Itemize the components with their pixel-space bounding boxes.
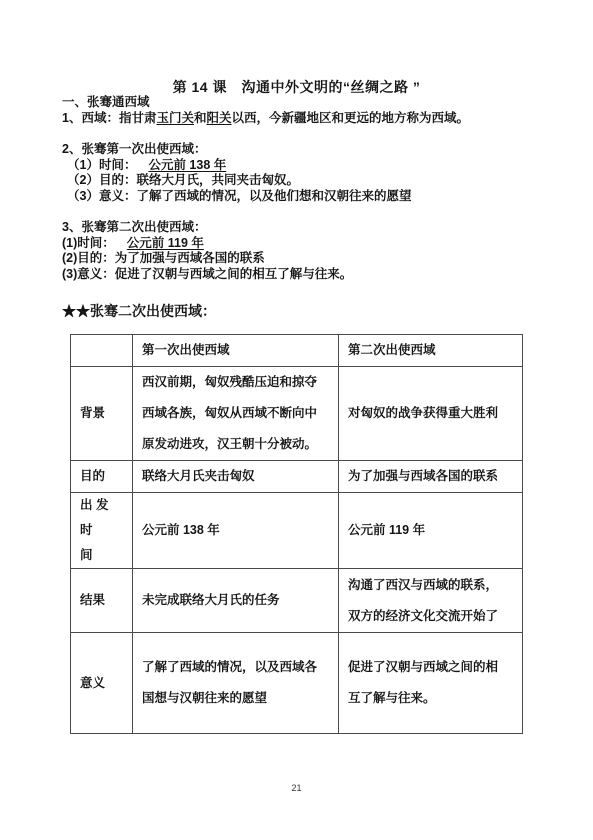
table-header-row: 第一次出使西域 第二次出使西域 <box>71 335 523 367</box>
time-label: (1)时间： <box>62 236 115 250</box>
definition-mid: 和 <box>194 111 207 125</box>
row-label-significance: 意义 <box>71 633 133 734</box>
section2-item-time: （1）时间：公元前 138 年 <box>62 158 548 174</box>
cell-significance-first: 了解了西域的情况，以及西域各 国想与汉朝往来的愿望 <box>133 633 339 734</box>
section-first-mission: 2、张骞第一次出使西域： （1）时间：公元前 138 年 （2）目的：联络大月氏… <box>62 142 548 205</box>
section-overview: 一、张骞通西域 1、西域：指甘肃玉门关和阳关以西，今新疆地区和更远的地方称为西域… <box>62 95 548 126</box>
page-title: 第 14 课 沟通中外文明的“丝绸之路 ” <box>0 77 593 97</box>
row-label-result: 结果 <box>71 569 133 633</box>
header-second-mission: 第二次出使西域 <box>339 335 523 367</box>
row-label-purpose: 目的 <box>71 461 133 493</box>
table-row-background: 背景 西汉前期，匈奴残酷压迫和掠夺 西域各族，匈奴从西域不断向中 原发动进攻，汉… <box>71 367 523 461</box>
section1-heading: 一、张骞通西域 <box>62 95 548 111</box>
time-label: （1）时间： <box>67 158 136 172</box>
table-row-departure-time: 出 发 时 间 公元前 138 年 公元前 119 年 <box>71 493 523 569</box>
term-yumen-pass: 玉门关 <box>156 111 194 125</box>
section1-definition-line: 1、西域：指甘肃玉门关和阳关以西，今新疆地区和更远的地方称为西域。 <box>62 111 548 127</box>
section3-item-purpose: (2)目的：为了加强与西域各国的联系 <box>62 251 548 267</box>
section3-heading: 3、张骞第二次出使西域： <box>62 220 548 236</box>
section2-item-significance: （3）意义：了解了西域的情况，以及他们想和汉朝往来的愿望 <box>62 189 548 205</box>
cell-purpose-second: 为了加强与西域各国的联系 <box>339 461 523 493</box>
cell-purpose-first: 联络大月氏夹击匈奴 <box>133 461 339 493</box>
cell-result-second: 沟通了西汉与西域的联系， 双方的经济文化交流开始了 <box>339 569 523 633</box>
cell-result-first: 未完成联络大月氏的任务 <box>133 569 339 633</box>
page-number: 21 <box>0 783 593 793</box>
date-138bc: 公元前 138 年 <box>148 158 226 172</box>
header-empty-cell <box>71 335 133 367</box>
term-yang-pass: 阳关 <box>206 111 231 125</box>
cell-significance-second: 促进了汉朝与西域之间的相 互了解与往来。 <box>339 633 523 734</box>
section3-item-significance: (3)意义：促进了汉朝与西域之间的相互了解与往来。 <box>62 267 548 283</box>
table-row-purpose: 目的 联络大月氏夹击匈奴 为了加强与西域各国的联系 <box>71 461 523 493</box>
document-page: 第 14 课 沟通中外文明的“丝绸之路 ” 一、张骞通西域 1、西域：指甘肃玉门… <box>0 0 593 840</box>
definition-prefix: 1、西域：指甘肃 <box>62 111 156 125</box>
date-119bc: 公元前 119 年 <box>127 236 204 250</box>
section2-heading: 2、张骞第一次出使西域： <box>62 142 548 158</box>
section3-item-time: (1)时间：公元前 119 年 <box>62 236 548 252</box>
star-heading: ★★张骞二次出使西域： <box>62 301 216 321</box>
comparison-table: 第一次出使西域 第二次出使西域 背景 西汉前期，匈奴残酷压迫和掠夺 西域各族，匈… <box>70 334 523 734</box>
table-row-result: 结果 未完成联络大月氏的任务 沟通了西汉与西域的联系， 双方的经济文化交流开始了 <box>71 569 523 633</box>
section-second-mission: 3、张骞第二次出使西域： (1)时间：公元前 119 年 (2)目的：为了加强与… <box>62 220 548 283</box>
table-row-significance: 意义 了解了西域的情况，以及西域各 国想与汉朝往来的愿望 促进了汉朝与西域之间的… <box>71 633 523 734</box>
row-label-background: 背景 <box>71 367 133 461</box>
header-first-mission: 第一次出使西域 <box>133 335 339 367</box>
row-label-departure-time: 出 发 时 间 <box>71 493 133 569</box>
section2-item-purpose: （2）目的：联络大月氏，共同夹击匈奴。 <box>62 173 548 189</box>
cell-background-first: 西汉前期，匈奴残酷压迫和掠夺 西域各族，匈奴从西域不断向中 原发动进攻，汉王朝十… <box>133 367 339 461</box>
cell-departure-second: 公元前 119 年 <box>339 493 523 569</box>
cell-background-second: 对匈奴的战争获得重大胜利 <box>339 367 523 461</box>
definition-suffix: 以西，今新疆地区和更远的地方称为西域。 <box>232 111 470 125</box>
cell-departure-first: 公元前 138 年 <box>133 493 339 569</box>
